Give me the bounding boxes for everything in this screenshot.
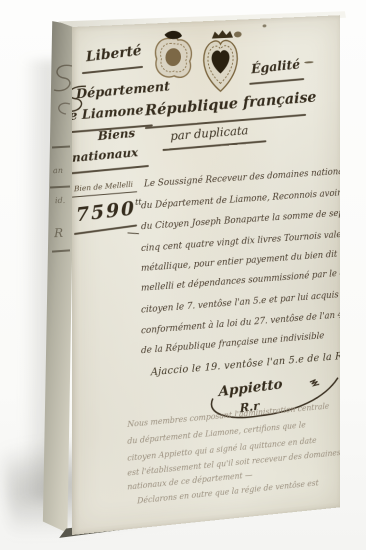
- underline-rule: [82, 66, 143, 74]
- edge-rule: [52, 146, 70, 148]
- edge-rule: [50, 185, 70, 188]
- underline-rule: [127, 232, 139, 234]
- body-line: Le Soussigné Receveur des domaines natio…: [144, 167, 340, 189]
- manuscript-page: Liberté Égalité Département d: [72, 15, 340, 535]
- edge-rule: [52, 249, 70, 252]
- ink-stamp-left: [155, 30, 191, 79]
- underline-rule: [249, 78, 304, 84]
- edge-mark: an: [53, 166, 63, 175]
- doc-subtitle: par duplicata: [170, 124, 248, 142]
- body-line: cinq cent quatre vingt dix livres Tourno…: [141, 230, 340, 254]
- body-line: citoyen le 7. ventôse l'an 5.e et par lu…: [141, 291, 340, 316]
- biens-line2: nationaux: [72, 146, 138, 164]
- body-line: mellelli et dépendances soummissioné par…: [141, 268, 340, 293]
- body-line: du Citoyen Joseph Bonaparte la somme de …: [141, 208, 340, 232]
- edge-mark: id.: [55, 196, 65, 205]
- edge-mark: R: [54, 226, 63, 240]
- underline-rule: [72, 165, 149, 175]
- ink-stamp-right: [204, 29, 242, 92]
- body-line: de la République française une indivisib…: [141, 332, 324, 356]
- ink-fleck: [263, 24, 267, 27]
- department-line2: de Liamone: [72, 104, 144, 124]
- motto-egalite: Égalité: [251, 59, 300, 77]
- margin-note: Bien de Mellelli: [74, 181, 133, 193]
- biens-line1: Biens: [98, 127, 136, 142]
- ink-fleck: [304, 61, 313, 63]
- motto-liberte: Liberté: [85, 44, 142, 64]
- body-line: du Département de Liamone, Reconnois avo…: [141, 188, 340, 211]
- margin-amount: 7590: [76, 199, 137, 225]
- product-photo: an id. R Liberté Égalité: [0, 0, 366, 550]
